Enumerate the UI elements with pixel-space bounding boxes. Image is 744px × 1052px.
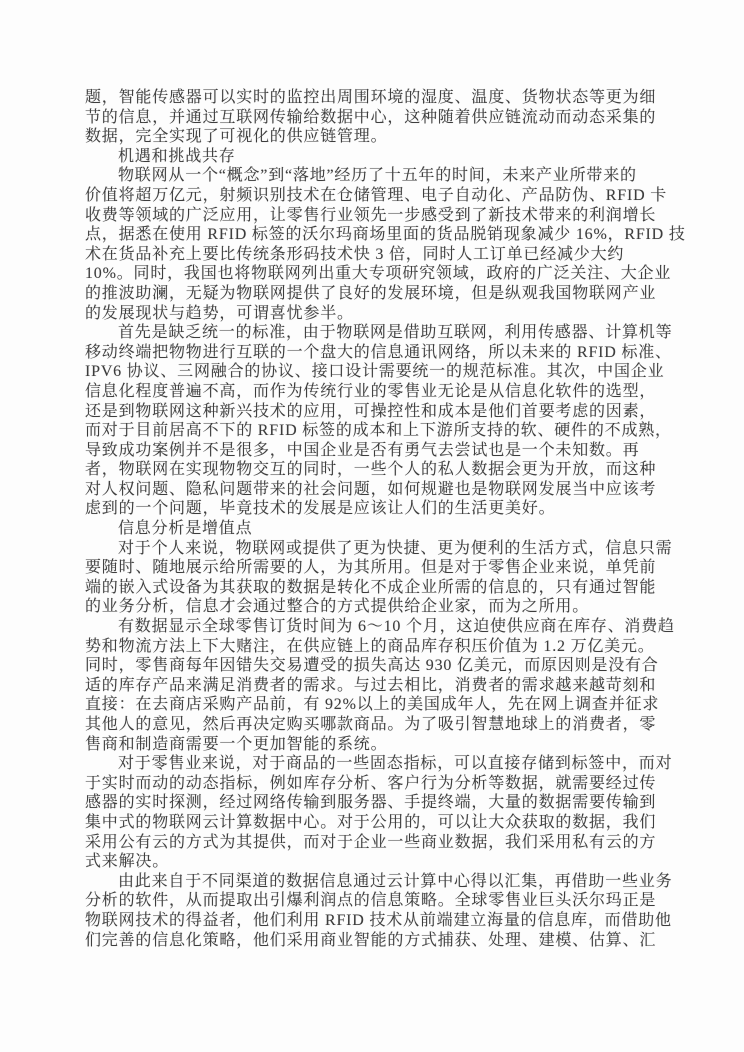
text-line: 采用公有云的方式为其提供，而对于企业一些商业数据，我们采用私有云的方 xyxy=(85,833,663,853)
heading-line: 信息分析是增值点 xyxy=(85,519,663,539)
text-line: 适的库存产品来满足消费者的需求。与过去相比，消费者的需求越来越苛刻和 xyxy=(85,676,663,696)
text-line: 移动终端把物物进行互联的一个盘大的信息通讯网络，所以未来的 RFID 标准、 xyxy=(85,343,663,363)
paragraph: 物联网从一个“概念”到“落地”经历了十五年的时间，未来产业所带来的价值将超万亿元… xyxy=(85,166,663,323)
text-column: 题，智能传感器可以实时的监控出周围环境的湿度、温度、货物状态等更为细节的信息，并… xyxy=(85,88,663,950)
text-line: 有数据显示全球零售订货时间为 6～10 个月，这迫使供应商在库存、消费趋 xyxy=(85,617,663,637)
paragraph: 有数据显示全球零售订货时间为 6～10 个月，这迫使供应商在库存、消费趋势和物流… xyxy=(85,617,663,754)
text-line: 还是到物联网这种新兴技术的应用，可操控性和成本是他们首要考虑的因素， xyxy=(85,402,663,422)
text-line: 收费等领域的广泛应用，让零售行业领先一步感受到了新技术带来的利润增长 xyxy=(85,206,663,226)
document-page: 题，智能传感器可以实时的监控出周围环境的湿度、温度、货物状态等更为细节的信息，并… xyxy=(0,0,744,1052)
text-line: 虑到的一个问题，毕竟技术的发展是应该让人们的生活更美好。 xyxy=(85,499,663,519)
text-line: 的发展现状与趋势，可谓喜忧参半。 xyxy=(85,304,663,324)
text-line: 题，智能传感器可以实时的监控出周围环境的湿度、温度、货物状态等更为细 xyxy=(85,88,663,108)
text-line: 势和物流方法上下大赌注，在供应链上的商品库存积压价值为 1.2 万亿美元。 xyxy=(85,637,663,657)
text-line: IPV6 协议、三网融合的协议、接口设计需要统一的规范标准。其次，中国企业 xyxy=(85,362,663,382)
text-line: 对于零售业来说，对于商品的一些固态指标，可以直接存储到标签中，而对 xyxy=(85,754,663,774)
paragraph: 题，智能传感器可以实时的监控出周围环境的湿度、温度、货物状态等更为细节的信息，并… xyxy=(85,88,663,147)
text-line: 们完善的信息化策略，他们采用商业智能的方式捕获、处理、建模、估算、汇 xyxy=(85,931,663,951)
text-line: 物联网技术的得益者，他们利用 RFID 技术从前端建立海量的信息库，而借助他 xyxy=(85,911,663,931)
paragraph: 由此来自于不同渠道的数据信息通过云计算中心得以汇集，再借助一些业务分析的软件，从… xyxy=(85,872,663,950)
text-line: 节的信息，并通过互联网传输给数据中心，这种随着供应链流动而动态采集的 xyxy=(85,108,663,128)
text-line: 售商和制造商需要一个更加智能的系统。 xyxy=(85,735,663,755)
paragraph: 对于零售业来说，对于商品的一些固态指标，可以直接存储到标签中，而对于实时而动的动… xyxy=(85,754,663,872)
text-line: 10%。同时，我国也将物联网列出重大专项研究领域，政府的广泛关注、大企业 xyxy=(85,264,663,284)
text-line: 首先是缺乏统一的标准，由于物联网是借助互联网，利用传感器、计算机等 xyxy=(85,323,663,343)
text-line: 者，物联网在实现物物交互的同时，一些个人的私人数据会更为开放，而这种 xyxy=(85,460,663,480)
text-line: 其他人的意见，然后再决定购买哪款商品。为了吸引智慧地球上的消费者，零 xyxy=(85,715,663,735)
text-line: 分析的软件，从而提取出引爆利润点的信息策略。全球零售业巨头沃尔玛正是 xyxy=(85,891,663,911)
text-line: 要随时、随地展示给所需要的人，为其所用。但是对于零售企业来说，单凭前 xyxy=(85,558,663,578)
text-line: 同时，零售商每年因错失交易遭受的损失高达 930 亿美元，而原因则是没有合 xyxy=(85,656,663,676)
text-line: 的业务分析，信息才会通过整合的方式提供给企业家，而为之所用。 xyxy=(85,597,663,617)
text-line: 直接：在去商店采购产品前，有 92%以上的美国成年人，先在网上调查并征求 xyxy=(85,695,663,715)
text-line: 导致成功案例并不是很多，中国企业是否有勇气去尝试也是一个未知数。再 xyxy=(85,441,663,461)
text-line: 物联网从一个“概念”到“落地”经历了十五年的时间，未来产业所带来的 xyxy=(85,166,663,186)
text-line: 对于个人来说，物联网或提供了更为快捷、更为便利的生活方式，信息只需 xyxy=(85,539,663,559)
text-line: 集中式的物联网云计算数据中心。对于公用的，可以让大众获取的数据，我们 xyxy=(85,813,663,833)
text-line: 于实时而动的动态指标，例如库存分析、客户行为分析等数据，就需要经过传 xyxy=(85,774,663,794)
text-line: 式来解决。 xyxy=(85,852,663,872)
heading-line: 机遇和挑战共存 xyxy=(85,147,663,167)
text-line: 感器的实时探测，经过网络传输到服务器、手提终端，大量的数据需要传输到 xyxy=(85,793,663,813)
section-heading: 信息分析是增值点 xyxy=(85,519,663,539)
text-line: 对人权问题、隐私问题带来的社会问题，如何规避也是物联网发展当中应该考 xyxy=(85,480,663,500)
text-line: 价值将超万亿元，射频识别技术在仓储管理、电子自动化、产品防伪、RFID 卡 xyxy=(85,186,663,206)
text-line: 术在货品补充上要比传统条形码技术快 3 倍，同时人工订单已经减少大约 xyxy=(85,245,663,265)
section-heading: 机遇和挑战共存 xyxy=(85,147,663,167)
text-line: 数据，完全实现了可视化的供应链管理。 xyxy=(85,127,663,147)
text-line: 信息化程度普遍不高，而作为传统行业的零售业无论是从信息化软件的选型， xyxy=(85,382,663,402)
text-line: 由此来自于不同渠道的数据信息通过云计算中心得以汇集，再借助一些业务 xyxy=(85,872,663,892)
paragraph: 首先是缺乏统一的标准，由于物联网是借助互联网，利用传感器、计算机等移动终端把物物… xyxy=(85,323,663,519)
text-line: 而对于目前居高不下的 RFID 标签的成本和上下游所支持的软、硬件的不成熟， xyxy=(85,421,663,441)
paragraph: 对于个人来说，物联网或提供了更为快捷、更为便利的生活方式，信息只需要随时、随地展… xyxy=(85,539,663,617)
text-line: 端的嵌入式设备为其获取的数据是转化不成企业所需的信息的，只有通过智能 xyxy=(85,578,663,598)
text-line: 的推波助澜，无疑为物联网提供了良好的发展环境，但是纵观我国物联网产业 xyxy=(85,284,663,304)
text-line: 点，据悉在使用 RFID 标签的沃尔玛商场里面的货品脱销现象减少 16%，RFI… xyxy=(85,225,663,245)
